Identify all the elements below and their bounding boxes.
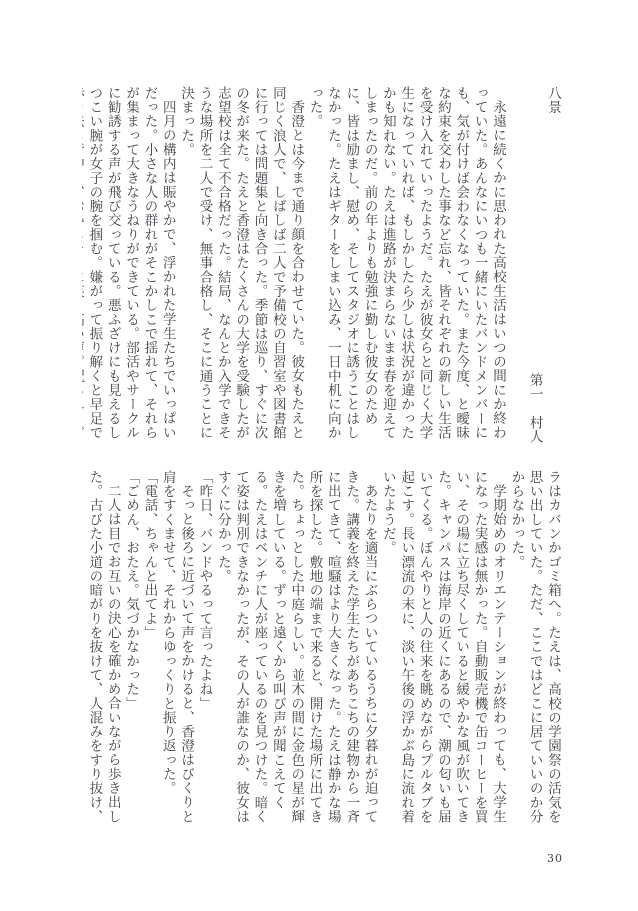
page-number: 30 (547, 852, 563, 865)
paragraph: 香澄とは今まで通り顔を合わせていた。彼女もたえと同じく浪人で、しばしば二人で予備… (177, 86, 305, 444)
paragraph: ラはカバンかゴミ箱へ。たえは、高校の学園祭の活気を思い出していた。ただ、ここでは… (507, 470, 562, 826)
paragraph: そっと後ろに近づいて声をかけると、香澄はびくりと肩をすくませて、それからゆっくり… (158, 470, 195, 826)
section-heading: 第一 村人 (525, 86, 543, 444)
chapter-title: 八景 (544, 86, 562, 444)
dialogue-line: 「昨日、バンドやるって言ったよね」 (195, 470, 213, 826)
paragraph: 永遠に続くかに思われた高校生活はいつの間にか終わっていた。あんなにいつも一緒にい… (305, 86, 507, 444)
paragraph: 四月の構内は賑やかで、浮かれた学生たちでいっぱいだった。小さな人の群れがそこかし… (82, 86, 177, 444)
lower-text-band: ラはカバンかゴミ箱へ。たえは、高校の学園祭の活気を思い出していた。ただ、ここでは… (82, 470, 562, 826)
dialogue-line: 「電話、ちゃんと出てよ」 (140, 470, 158, 826)
paragraph: 二人は目でお互いの決心を確かめ合いながら歩き出した。古びた小道の暗がりを抜けて、… (85, 470, 122, 826)
dialogue-line: 「ごめん、おたえ。気づかなかった」 (122, 470, 140, 826)
upper-text-band: 八景 第一 村人 永遠に続くかに思われた高校生活はいつの間にか終わっていた。あん… (82, 86, 562, 444)
paragraph: あたりを適当にぶらついているうちに夕暮れが迫ってきた。講義を終えた学生たちがあち… (213, 470, 378, 826)
book-page: 八景 第一 村人 永遠に続くかに思われた高校生活はいつの間にか終わっていた。あん… (0, 0, 638, 911)
paragraph: 学期始めのオリエンテーションが終わっても、大学生になった実感は無かった。自動販売… (379, 470, 507, 826)
